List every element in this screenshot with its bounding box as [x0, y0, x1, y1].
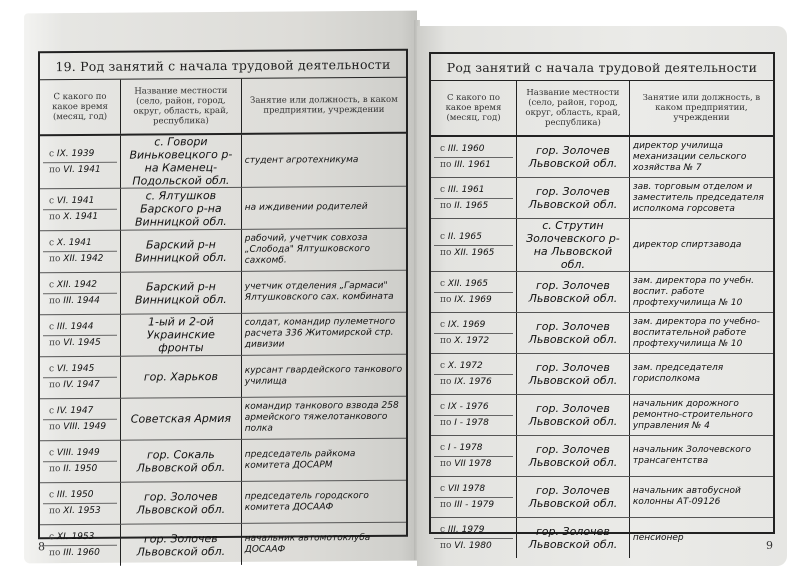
- to-date: III. 1961: [454, 160, 491, 170]
- period-from: с VII 1978: [434, 482, 513, 498]
- occupation-cell: начальник дорожного ремонтно-строительно…: [629, 395, 773, 436]
- occupation-cell: учетчик отделения „Гармаси" Ялтушковског…: [241, 270, 406, 313]
- occupation-cell: зам. директора по учебн. воспит. работе …: [629, 272, 773, 313]
- period-to: по III - 1979: [434, 498, 513, 513]
- period-cell: с X. 1941по XII. 1942: [40, 230, 121, 273]
- period-from: с IV. 1947: [43, 404, 117, 421]
- period-cell: с IX. 1939по VI. 1941: [40, 135, 121, 189]
- right-page: Род занятий с начала трудовой деятельнос…: [417, 26, 787, 566]
- locality-cell: Советская Армия: [121, 397, 242, 440]
- from-label: с: [49, 322, 54, 332]
- locality-cell: гор. Золочев Львовской обл.: [517, 136, 630, 178]
- period-to: по III. 1944: [43, 294, 117, 310]
- period-to: по II. 1965: [434, 199, 513, 214]
- from-label: с: [440, 525, 445, 535]
- period-cell: с III. 1944по VI. 1945: [40, 314, 121, 357]
- period-cell: с III. 1979по VI. 1980: [431, 518, 517, 559]
- to-date: I - 1978: [454, 418, 489, 428]
- from-date: III. 1960: [448, 144, 485, 154]
- to-label: по: [440, 500, 451, 510]
- from-label: с: [49, 490, 54, 500]
- period-to: по II. 1950: [43, 462, 117, 478]
- period-to: по I - 1978: [434, 416, 513, 431]
- from-label: с: [49, 196, 54, 206]
- table-row: с VIII. 1949по II. 1950гор. Сокаль Львов…: [40, 438, 406, 483]
- period-cell: с X. 1972по IX. 1976: [431, 354, 517, 395]
- occupation-cell: зав. торговым отделом и заместитель пред…: [629, 178, 773, 219]
- table-row: с X. 1941по XII. 1942Барский р-н Винницк…: [40, 228, 406, 273]
- period-from: с XI. 1953: [43, 530, 117, 547]
- from-date: IX. 1939: [57, 148, 94, 158]
- to-label: по: [49, 165, 60, 175]
- period-from: с III. 1950: [43, 488, 117, 505]
- employment-table-left: С какого по какое время (месяц, год) Наз…: [40, 78, 406, 567]
- to-date: VII 1978: [454, 459, 491, 469]
- form-title: Род занятий с начала трудовой деятельнос…: [431, 54, 773, 81]
- from-date: XII. 1942: [57, 280, 97, 290]
- locality-cell: гор. Золочев Львовской обл.: [517, 518, 630, 559]
- period-to: по IX. 1976: [434, 375, 513, 390]
- period-cell: с VI. 1941по X. 1941: [40, 188, 121, 231]
- locality-cell: 1-ый и 2-ой Украинские фронты: [121, 313, 242, 356]
- to-label: по: [440, 418, 451, 428]
- table-row: с III. 1961по II. 1965гор. Золочев Львов…: [431, 178, 773, 219]
- period-cell: с XII. 1942по III. 1944: [40, 272, 121, 315]
- period-cell: с IX - 1976по I - 1978: [431, 395, 517, 436]
- to-label: по: [49, 212, 60, 222]
- table-row: с XI. 1953по III. 1960гор. Золочев Львов…: [40, 522, 406, 566]
- period-to: по XII. 1965: [434, 246, 513, 261]
- column-header-locality: Название местности (село, район, город, …: [517, 81, 630, 136]
- to-date: XII. 1965: [454, 248, 494, 258]
- locality-cell: с. Говори Виньковецкого р-на Каменец-Под…: [121, 134, 242, 188]
- column-header-occupation: Занятие или должность, в каком предприят…: [241, 78, 406, 134]
- occupation-cell: председатель городского комитета ДОСААФ: [241, 480, 406, 523]
- locality-cell: гор. Золочев Львовской обл.: [517, 354, 630, 395]
- to-date: XII. 1942: [63, 254, 103, 264]
- from-date: III. 1950: [57, 490, 94, 500]
- from-date: IX - 1976: [448, 402, 489, 412]
- column-header-locality: Название местности (село, район, город, …: [121, 79, 242, 135]
- table-row: с III. 1950по XI. 1953гор. Золочев Львов…: [40, 480, 406, 525]
- from-label: с: [49, 364, 54, 374]
- from-date: IX. 1969: [448, 320, 485, 330]
- to-label: по: [440, 201, 451, 211]
- period-from: с XII. 1942: [43, 278, 117, 295]
- employment-history-form-left: 19. Род занятий с начала трудовой деятел…: [38, 49, 408, 540]
- table-row: с VI. 1941по X. 1941с. Ялтушков Барского…: [40, 186, 406, 231]
- period-cell: с III. 1960по III. 1961: [431, 136, 517, 178]
- to-label: по: [440, 295, 451, 305]
- period-to: по VI. 1945: [43, 336, 117, 352]
- occupation-cell: начальник автобусной колонны АТ-09126: [629, 477, 773, 518]
- to-label: по: [49, 464, 60, 474]
- from-label: с: [440, 144, 445, 154]
- period-to: по XI. 1953: [43, 504, 117, 520]
- to-label: по: [440, 377, 451, 387]
- form-title: 19. Род занятий с начала трудовой деятел…: [40, 51, 406, 81]
- occupation-cell: председатель райкома комитета ДОСАРМ: [241, 438, 406, 481]
- period-from: с VI. 1941: [43, 194, 117, 211]
- to-date: II. 1965: [454, 201, 488, 211]
- occupation-cell: начальник автомотоклуба ДОСААФ: [241, 522, 406, 565]
- table-row: с II. 1965по XII. 1965с. Струтин Золочев…: [431, 219, 773, 272]
- table-row: с I - 1978по VII 1978гор. Золочев Львовс…: [431, 436, 773, 477]
- from-label: с: [49, 448, 54, 458]
- from-label: с: [49, 532, 54, 542]
- period-cell: с XI. 1953по III. 1960: [40, 524, 121, 566]
- from-label: с: [440, 402, 445, 412]
- occupation-cell: директор училища механизации сельского х…: [629, 136, 773, 178]
- page-number: 8: [38, 540, 45, 553]
- occupation-cell: на иждивении родителей: [241, 186, 406, 229]
- from-label: с: [440, 361, 445, 371]
- to-label: по: [49, 338, 60, 348]
- locality-cell: гор. Золочев Львовской обл.: [121, 523, 242, 565]
- to-label: по: [49, 380, 60, 390]
- occupation-cell: директор спиртзавода: [629, 219, 773, 272]
- period-to: по X. 1941: [43, 210, 117, 226]
- period-from: с VI. 1945: [43, 362, 117, 379]
- to-date: VI. 1941: [63, 164, 100, 174]
- period-from: с III. 1960: [434, 142, 513, 158]
- locality-cell: Барский р-н Винницкой обл.: [121, 271, 242, 314]
- to-date: VIII. 1949: [63, 422, 106, 432]
- to-date: III. 1960: [63, 548, 100, 558]
- from-date: VI. 1945: [57, 364, 94, 374]
- occupation-cell: зам. директора по учебно-воспитательной …: [629, 313, 773, 354]
- period-to: по IV. 1947: [43, 378, 117, 394]
- period-cell: с VII 1978по III - 1979: [431, 477, 517, 518]
- page-number: 9: [766, 539, 773, 552]
- occupation-cell: зам. председателя горисполкома: [629, 354, 773, 395]
- occupation-cell: командир танкового взвода 258 армейского…: [241, 396, 406, 439]
- to-label: по: [440, 248, 451, 258]
- table-row: с VII 1978по III - 1979гор. Золочев Льво…: [431, 477, 773, 518]
- from-date: III. 1979: [448, 525, 485, 535]
- locality-cell: гор. Харьков: [121, 355, 242, 398]
- to-date: II. 1950: [63, 464, 97, 474]
- from-date: II. 1965: [448, 232, 482, 242]
- period-from: с X. 1941: [43, 236, 117, 253]
- to-date: X. 1941: [63, 212, 98, 222]
- period-to: по XII. 1942: [43, 252, 117, 268]
- period-from: с IX - 1976: [434, 400, 513, 416]
- column-header-period: С какого по какое время (месяц, год): [40, 80, 121, 136]
- table-row: с III. 1960по III. 1961гор. Золочев Льво…: [431, 136, 773, 178]
- period-from: с III. 1979: [434, 523, 513, 539]
- from-label: с: [440, 484, 445, 494]
- from-date: X. 1972: [448, 361, 483, 371]
- from-date: IV. 1947: [57, 406, 93, 416]
- period-from: с XII. 1965: [434, 277, 513, 293]
- to-date: X. 1972: [454, 336, 489, 346]
- period-to: по III. 1961: [434, 158, 513, 173]
- table-row: с VI. 1945по IV. 1947гор. Харьковкурсант…: [40, 354, 406, 399]
- locality-cell: гор. Золочев Львовской обл.: [517, 477, 630, 518]
- from-label: с: [49, 238, 54, 248]
- locality-cell: гор. Золочев Львовской обл.: [517, 178, 630, 219]
- occupation-cell: курсант гвардейского танкового училища: [241, 354, 406, 397]
- period-from: с IX. 1939: [43, 146, 117, 163]
- period-to: по VIII. 1949: [43, 420, 117, 436]
- to-date: IX. 1976: [454, 377, 491, 387]
- from-label: с: [440, 443, 445, 453]
- from-date: X. 1941: [57, 238, 92, 248]
- table-row: с III. 1944по VI. 19451-ый и 2-ой Украин…: [40, 312, 406, 357]
- table-row: с IX - 1976по I - 1978гор. Золочев Львов…: [431, 395, 773, 436]
- to-date: XI. 1953: [63, 506, 100, 516]
- to-label: по: [49, 254, 60, 264]
- period-cell: с III. 1950по XI. 1953: [40, 482, 121, 525]
- to-date: III - 1979: [454, 500, 494, 510]
- period-to: по VI. 1941: [43, 162, 117, 178]
- locality-cell: гор. Золочев Львовской обл.: [517, 313, 630, 354]
- period-from: с III. 1961: [434, 183, 513, 199]
- table-row: с IX. 1939по VI. 1941с. Говори Виньковец…: [40, 133, 406, 189]
- period-to: по VII 1978: [434, 457, 513, 472]
- period-cell: с IV. 1947по VIII. 1949: [40, 398, 121, 441]
- period-to: по IX. 1969: [434, 293, 513, 308]
- occupation-cell: солдат, командир пулеметного расчета 336…: [241, 312, 406, 355]
- to-date: VI. 1980: [454, 541, 491, 551]
- from-date: III. 1961: [448, 185, 485, 195]
- to-label: по: [49, 296, 60, 306]
- period-from: с III. 1944: [43, 320, 117, 337]
- locality-cell: гор. Сокаль Львовской обл.: [121, 439, 242, 482]
- locality-cell: с. Ялтушков Барского р-на Винницкой обл.: [121, 187, 242, 230]
- period-to: по III. 1960: [43, 546, 117, 562]
- period-from: с VIII. 1949: [43, 446, 117, 463]
- to-label: по: [440, 541, 451, 551]
- occupation-cell: студент агротехникума: [241, 133, 406, 188]
- table-row: с IX. 1969по X. 1972гор. Золочев Львовск…: [431, 313, 773, 354]
- period-to: по X. 1972: [434, 334, 513, 349]
- from-date: VIII. 1949: [57, 448, 100, 458]
- column-header-occupation: Занятие или должность, в каком предприят…: [629, 81, 773, 136]
- from-label: с: [49, 149, 54, 159]
- period-from: с I - 1978: [434, 441, 513, 457]
- period-cell: с IX. 1969по X. 1972: [431, 313, 517, 354]
- from-label: с: [49, 406, 54, 416]
- locality-cell: гор. Золочев Львовской обл.: [121, 481, 242, 524]
- period-from: с II. 1965: [434, 230, 513, 246]
- employment-table-right: С какого по какое время (месяц, год) Наз…: [431, 81, 773, 558]
- period-from: с IX. 1969: [434, 318, 513, 334]
- locality-cell: гор. Золочев Львовской обл.: [517, 436, 630, 477]
- to-label: по: [440, 459, 451, 469]
- to-date: VI. 1945: [63, 338, 100, 348]
- locality-cell: гор. Золочев Львовской обл.: [517, 272, 630, 313]
- from-date: XI. 1953: [57, 532, 94, 542]
- from-date: III. 1944: [57, 322, 94, 332]
- column-header-period: С какого по какое время (месяц, год): [431, 81, 517, 136]
- period-cell: с I - 1978по VII 1978: [431, 436, 517, 477]
- to-date: III. 1944: [63, 296, 100, 306]
- occupation-cell: рабочий, учетчик совхоза „Слобода" Ялтуш…: [241, 228, 406, 271]
- from-label: с: [440, 320, 445, 330]
- from-label: с: [440, 185, 445, 195]
- from-label: с: [49, 280, 54, 290]
- from-label: с: [440, 232, 445, 242]
- to-label: по: [440, 336, 451, 346]
- period-cell: с VIII. 1949по II. 1950: [40, 440, 121, 483]
- to-date: IX. 1969: [454, 295, 491, 305]
- period-cell: с XII. 1965по IX. 1969: [431, 272, 517, 313]
- from-date: XII. 1965: [448, 279, 488, 289]
- from-date: VI. 1941: [57, 196, 94, 206]
- to-label: по: [49, 422, 60, 432]
- period-from: с X. 1972: [434, 359, 513, 375]
- to-label: по: [440, 160, 451, 170]
- locality-cell: с. Струтин Золочевского р-на Львовской о…: [517, 219, 630, 272]
- to-date: IV. 1947: [63, 380, 99, 390]
- period-cell: с III. 1961по II. 1965: [431, 178, 517, 219]
- period-cell: с VI. 1945по IV. 1947: [40, 356, 121, 399]
- locality-cell: Барский р-н Винницкой обл.: [121, 229, 242, 272]
- table-row: с XII. 1942по III. 1944Барский р-н Винни…: [40, 270, 406, 315]
- to-label: по: [49, 548, 60, 558]
- from-date: VII 1978: [448, 484, 485, 494]
- table-row: с IV. 1947по VIII. 1949Советская Армияко…: [40, 396, 406, 441]
- period-cell: с II. 1965по XII. 1965: [431, 219, 517, 272]
- table-row: с X. 1972по IX. 1976гор. Золочев Львовск…: [431, 354, 773, 395]
- table-row: с XII. 1965по IX. 1969гор. Золочев Львов…: [431, 272, 773, 313]
- table-row: с III. 1979по VI. 1980гор. Золочев Львов…: [431, 518, 773, 559]
- to-label: по: [49, 506, 60, 516]
- from-date: I - 1978: [448, 443, 483, 453]
- period-to: по VI. 1980: [434, 539, 513, 554]
- left-page: 19. Род занятий с начала трудовой деятел…: [24, 11, 417, 564]
- occupation-cell: пенсионер: [629, 518, 773, 559]
- occupation-cell: начальник Золочевского трансагентства: [629, 436, 773, 477]
- locality-cell: гор. Золочев Львовской обл.: [517, 395, 630, 436]
- employment-history-form-right: Род занятий с начала трудовой деятельнос…: [429, 52, 775, 534]
- from-label: с: [440, 279, 445, 289]
